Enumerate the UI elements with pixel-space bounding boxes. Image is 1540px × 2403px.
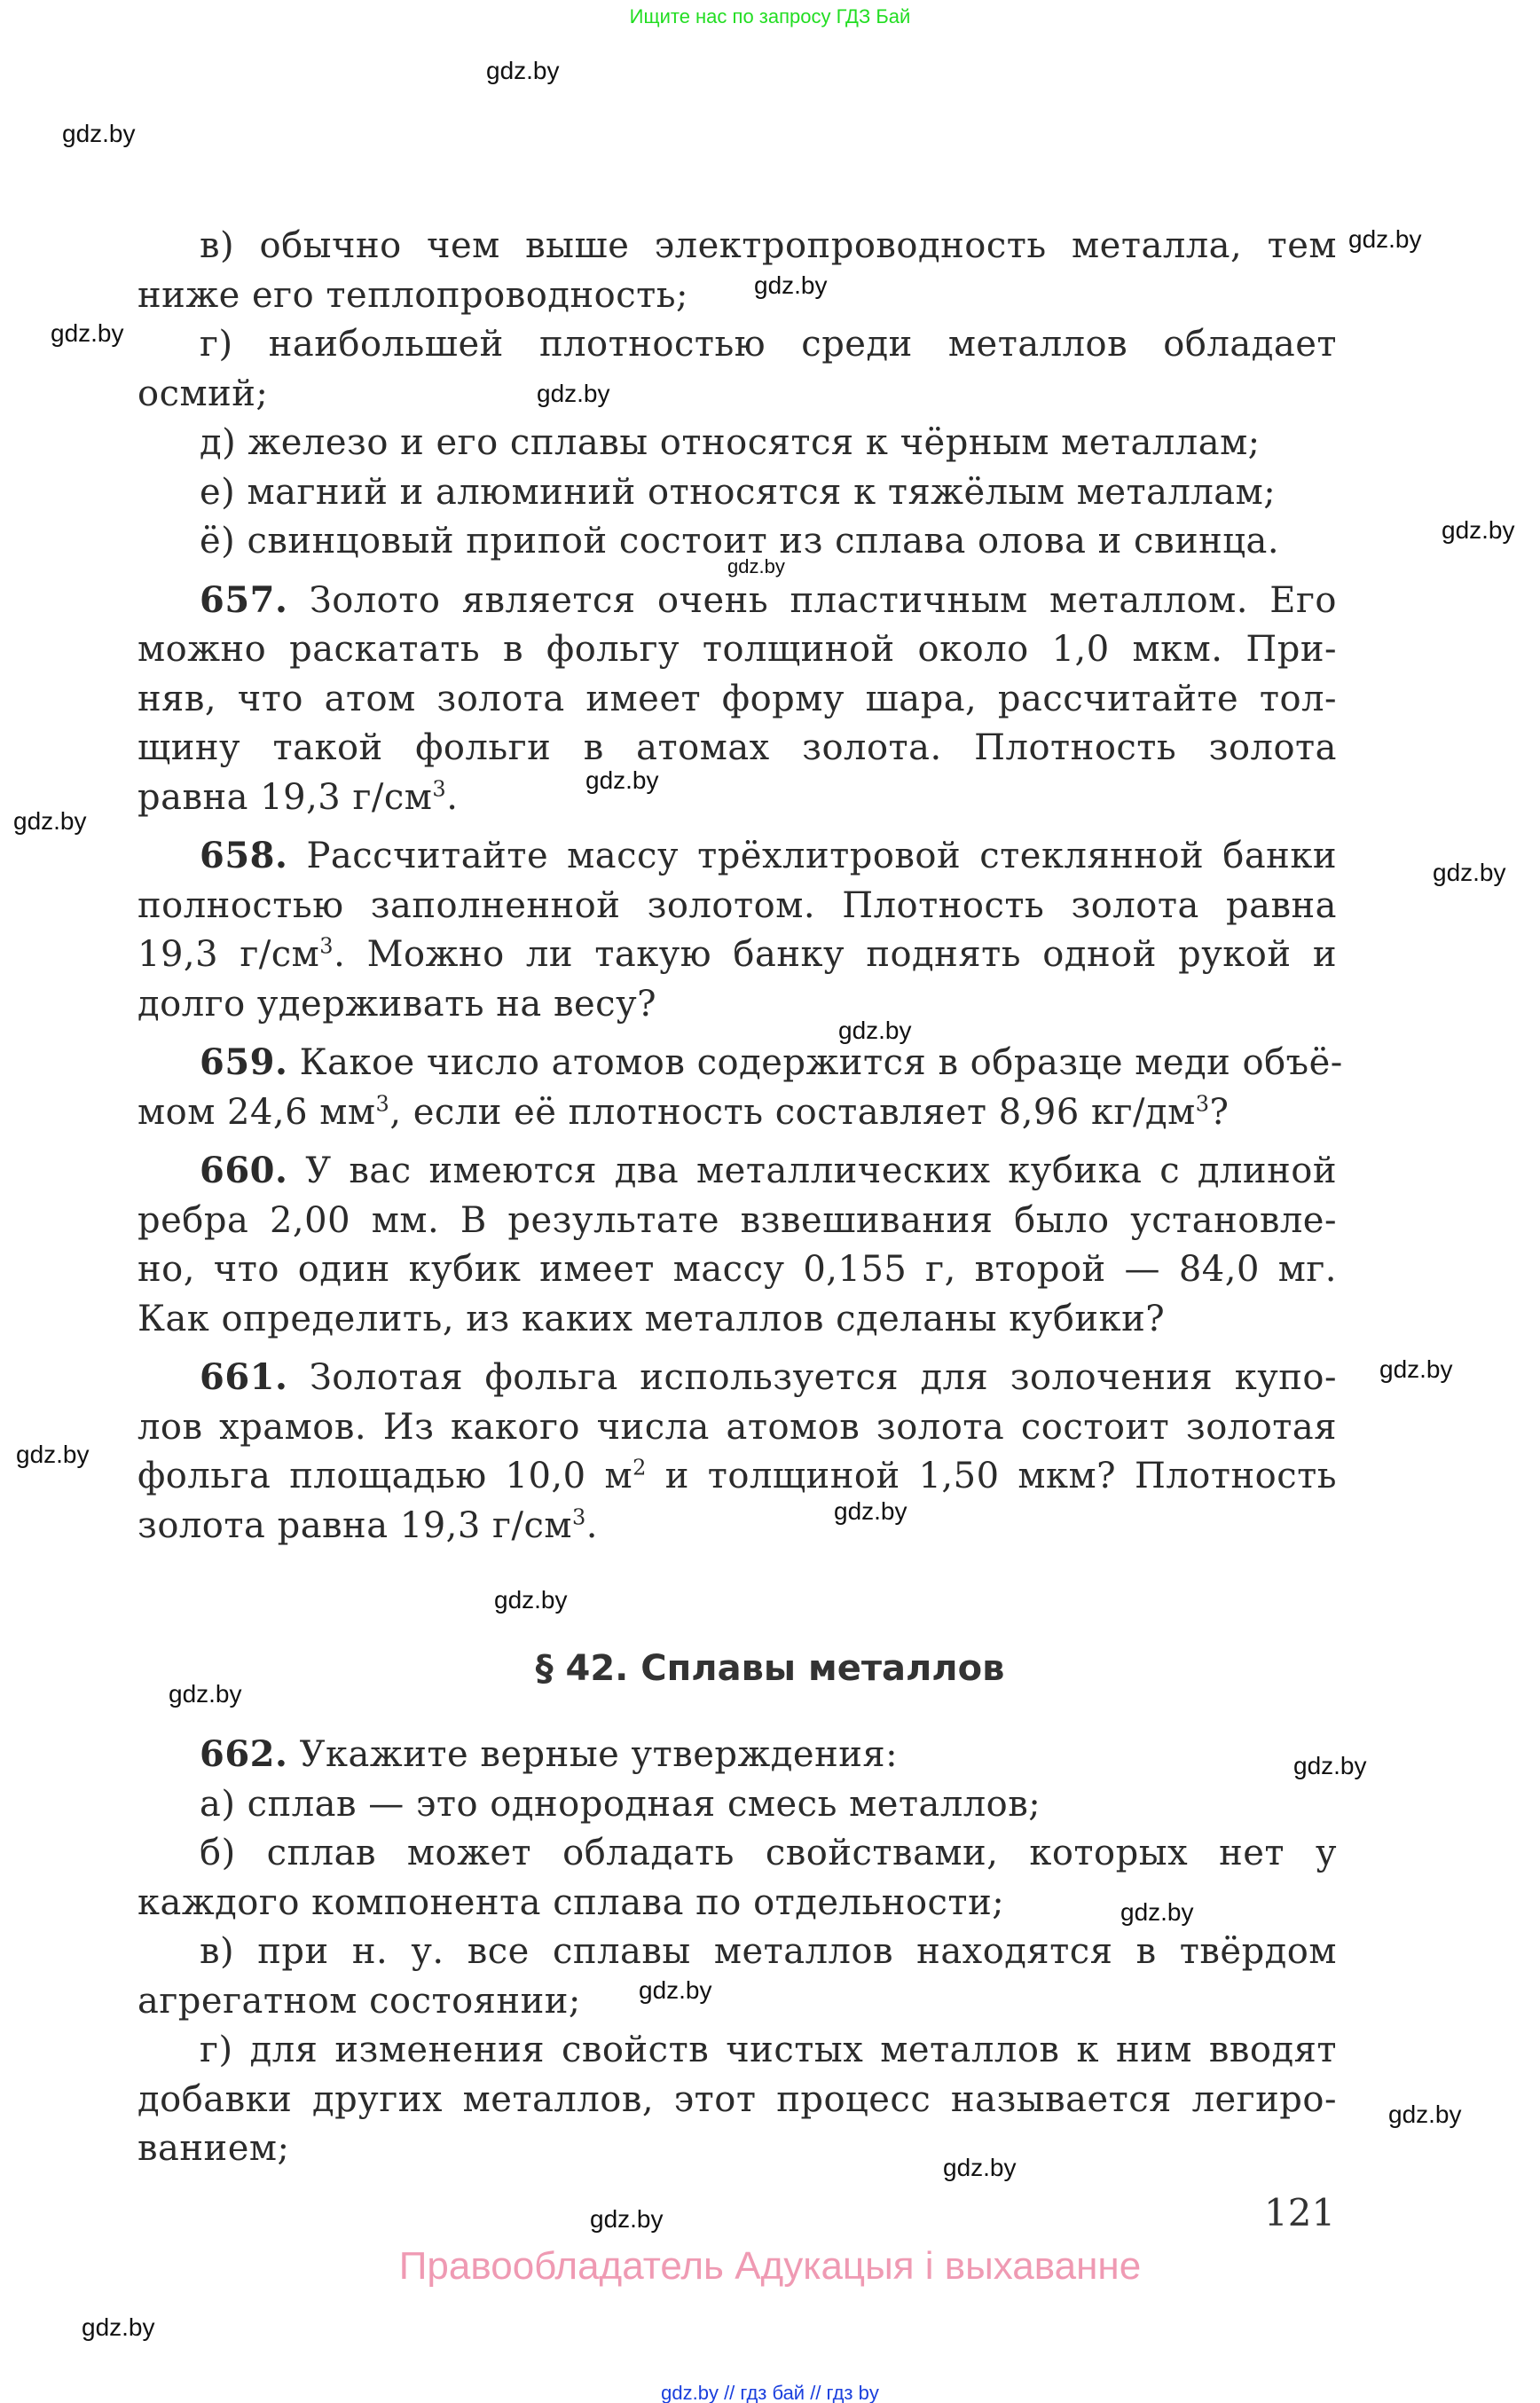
statement-g-cont: добавки других металлов, этот процесс на… <box>137 2076 1337 2125</box>
statement-v: в) при н. у. все сплавы металлов находят… <box>137 1928 1337 1977</box>
statement-g-cont: осмий; <box>137 370 1337 420</box>
problem-text: 19,3 г/см <box>137 934 319 975</box>
problem-number: 658. <box>200 835 287 876</box>
problem-657: 657. Золото является очень пластичным ме… <box>137 576 1337 823</box>
superscript: 3 <box>319 934 334 959</box>
watermark: gdz.by <box>494 1586 568 1614</box>
problem-text: но, что один кубик имеет массу 0,155 г, … <box>137 1245 1337 1295</box>
watermark: gdz.by <box>51 319 124 348</box>
watermark: gdz.by <box>62 120 136 148</box>
watermark: gdz.by <box>1379 1355 1453 1384</box>
statement-yo: ё) свинцовый припой состоит из сплава ол… <box>137 517 1337 567</box>
statement-e: е) магний и алюминий относятся к тяжёлым… <box>137 468 1337 518</box>
problem-text: лов храмов. Из какого числа атомов золот… <box>137 1403 1337 1453</box>
page-number: 121 <box>1264 2191 1335 2234</box>
statement-g: г) наибольшей плотностью среди металлов … <box>137 320 1337 370</box>
problem-number: 662. <box>200 1733 287 1775</box>
problem-text: фольга площадью 10,0 м <box>137 1456 632 1496</box>
problem-text: У вас имеются два металлических кубика с… <box>305 1150 1337 1191</box>
problem-text: Золотая фольга используется для золочени… <box>310 1357 1337 1398</box>
problem-text: долго удерживать на весу? <box>137 980 1337 1030</box>
page-body: в) обычно чем выше электропроводность ме… <box>137 222 1337 1551</box>
statement-v-cont: агрегатном состоянии; <box>137 1977 1337 2027</box>
statement-v-cont: ниже его теплопроводность; <box>137 271 1337 321</box>
problem-number: 659. <box>200 1041 287 1083</box>
watermark: gdz.by <box>1388 2101 1462 2129</box>
problem-text: . <box>586 1505 598 1546</box>
statements-continued: в) обычно чем выше электропроводность ме… <box>137 222 1337 567</box>
problem-662: 662. Укажите верные утверждения: а) спла… <box>137 1730 1337 2174</box>
watermark: gdz.by <box>590 2205 664 2234</box>
problem-text: можно раскатать в фольгу толщиной около … <box>137 625 1337 675</box>
watermark: gdz.by <box>16 1441 90 1469</box>
watermark: gdz.by <box>13 807 87 836</box>
superscript: 3 <box>1196 1091 1210 1116</box>
watermark: gdz.by <box>82 2313 155 2342</box>
problem-text: Укажите верные утверждения: <box>300 1734 899 1775</box>
problem-text: равна 19,3 г/см <box>137 777 432 818</box>
search-banner[interactable]: Ищите нас по запросу ГДЗ Бай <box>0 5 1540 28</box>
statement-d: д) железо и его сплавы относятся к чёрны… <box>137 419 1337 468</box>
problem-text: . <box>446 777 458 818</box>
problem-text: золота равна 19,3 г/см <box>137 1505 572 1546</box>
statement-a: а) сплав — это однородная смесь металлов… <box>137 1780 1337 1830</box>
section-title: § 42. Сплавы металлов <box>0 1648 1540 1689</box>
problem-text: Золото является очень пластичным металло… <box>310 580 1337 621</box>
problem-660: 660. У вас имеются два металлических куб… <box>137 1146 1337 1344</box>
problem-text: Рассчитайте массу трёхлитровой стеклянно… <box>307 836 1338 876</box>
watermark: gdz.by <box>486 57 560 85</box>
problem-number: 661. <box>200 1356 287 1398</box>
problem-text: няв, что атом золота имеет форму шара, р… <box>137 675 1337 725</box>
footer-links[interactable]: gdz.by // гдз бай // гдз by <box>0 2382 1540 2403</box>
problem-text: и толщиной 1,50 мкм? Плотность <box>647 1456 1337 1496</box>
problem-number: 657. <box>200 579 287 621</box>
superscript: 2 <box>632 1456 647 1480</box>
problem-661: 661. Золотая фольга используется для зол… <box>137 1353 1337 1551</box>
problem-number: 660. <box>200 1150 287 1191</box>
problem-659: 659. Какое число атомов содержится в обр… <box>137 1038 1337 1137</box>
statement-g: г) для изменения свойств чистых металлов… <box>137 2026 1337 2076</box>
problem-text: , если её плотность составляет 8,96 кг/д… <box>389 1092 1195 1133</box>
statement-b-cont: каждого компонента сплава по отдельности… <box>137 1879 1337 1928</box>
problem-text: мом 24,6 мм <box>137 1092 376 1133</box>
statement-b: б) сплав может обладать свойствами, кото… <box>137 1829 1337 1879</box>
problem-text: Какое число атомов содержится в образце … <box>300 1042 1343 1083</box>
watermark: gdz.by <box>1433 859 1506 887</box>
watermark: gdz.by <box>1348 225 1422 254</box>
watermark: gdz.by <box>1442 516 1515 545</box>
problem-658: 658. Рассчитайте массу трёхлитровой стек… <box>137 831 1337 1029</box>
problem-text: . Можно ли такую банку поднять одной рук… <box>334 934 1337 975</box>
superscript: 3 <box>376 1091 390 1116</box>
problem-text: ? <box>1209 1092 1229 1133</box>
problem-text: ребра 2,00 мм. В результате взвешивания … <box>137 1197 1337 1246</box>
superscript: 3 <box>432 776 446 801</box>
superscript: 3 <box>572 1504 586 1529</box>
problem-text: щину такой фольги в атомах золота. Плотн… <box>137 724 1337 774</box>
problem-text: полностью заполненной золотом. Плотность… <box>137 882 1337 931</box>
statement-v: в) обычно чем выше электропроводность ме… <box>137 222 1337 271</box>
copyright-notice: Правообладатель Адукацыя і выхаванне <box>0 2244 1540 2289</box>
statement-g-end: ванием; <box>137 2124 1337 2174</box>
problem-text: Как определить, из каких металлов сделан… <box>137 1295 1337 1345</box>
